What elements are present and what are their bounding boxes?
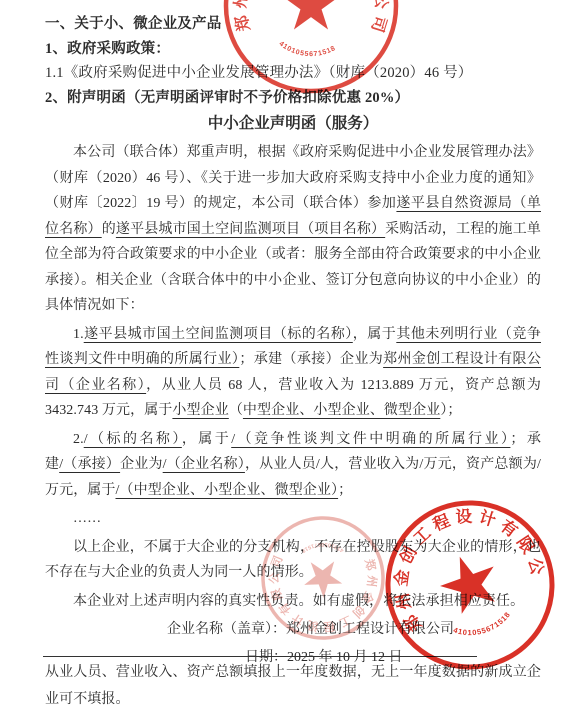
intro-paragraph: 本公司（联合体）郑重声明，根据《政府采购促进中小企业发展管理办法》（财库（202… xyxy=(45,140,541,319)
declaration-title: 中小企业声明函（服务） xyxy=(45,111,541,136)
plain-text: 的 xyxy=(102,222,116,237)
ellipsis-line: …… xyxy=(45,506,541,532)
plain-text: ； xyxy=(338,483,352,498)
plain-text: ）； xyxy=(440,403,461,418)
heading-declaration-attachment: 2、附声明函（无声明函评审时不予价格扣除优惠 20%） xyxy=(45,86,541,111)
no-branch-paragraph: 以上企业，不属于大企业的分支机构，不存在控股股东为大企业的情形，也不存在与大企业… xyxy=(45,535,541,586)
item1-paragraph: 1.遂平县城市国土空间监测项目（标的名称），属于其他未列明行业（竞争性谈判文件中… xyxy=(45,322,541,424)
underlined-field-text: /（承接） xyxy=(59,457,120,472)
underlined-field-text: 遂平县城市国土空间监测项目（项目名称） xyxy=(116,222,385,237)
plain-text: 1. xyxy=(73,327,84,342)
underlined-field-text: /（企业名称） xyxy=(163,457,245,472)
underlined-field-text: /（中型企业、小型企业、微型企业） xyxy=(116,483,339,498)
plain-text: 企业为 xyxy=(120,457,163,472)
plain-text: 2. xyxy=(73,432,84,447)
underlined-field-text: /（标的名称） xyxy=(84,432,182,447)
document-body: 一、关于小、微企业及产品 1、政府采购政策： 1.1《政府采购促进中小企业发展管… xyxy=(45,12,541,670)
plain-text: （ xyxy=(229,403,243,418)
line-policy-reference: 1.1《政府采购促进中小企业发展管理办法》（财库（2020）46 号） xyxy=(45,61,541,86)
underlined-field-text: 小型企业 xyxy=(172,403,228,418)
plain-text: ；承建（承接）企业为 xyxy=(239,352,383,367)
document-page: 一、关于小、微企业及产品 1、政府采购政策： 1.1《政府采购促进中小企业发展管… xyxy=(0,0,585,714)
responsibility-paragraph: 本企业对上述声明内容的真实性负责。如有虚假，将依法承担相应责任。 xyxy=(45,589,541,615)
item2-paragraph: 2./（标的名称），属于/（竞争性谈判文件中明确的所属行业）；承建/（承接）企业… xyxy=(45,427,541,504)
company-signature-line: 企业名称（盖章）：郑州金创工程设计有限公司 xyxy=(167,617,541,643)
plain-text: ，属于 xyxy=(182,432,231,447)
footnote-separator xyxy=(43,656,477,657)
footnote-text: 从业人员、营业收入、资产总额填报上一年度数据，无上一年度数据的新成立企业可不填报… xyxy=(45,659,541,713)
underlined-field-text: 遂平县城市国土空间监测项目（标的名称） xyxy=(84,327,353,342)
underlined-field-text: /（竞争性谈判文件中明确的所属行业） xyxy=(231,432,510,447)
underlined-field-text: 中型企业、小型企业、微型企业 xyxy=(243,403,440,418)
section-heading-products: 一、关于小、微企业及产品 xyxy=(45,12,541,37)
heading-procurement-policy: 1、政府采购政策： xyxy=(45,37,541,62)
plain-text: ，属于 xyxy=(353,327,397,342)
